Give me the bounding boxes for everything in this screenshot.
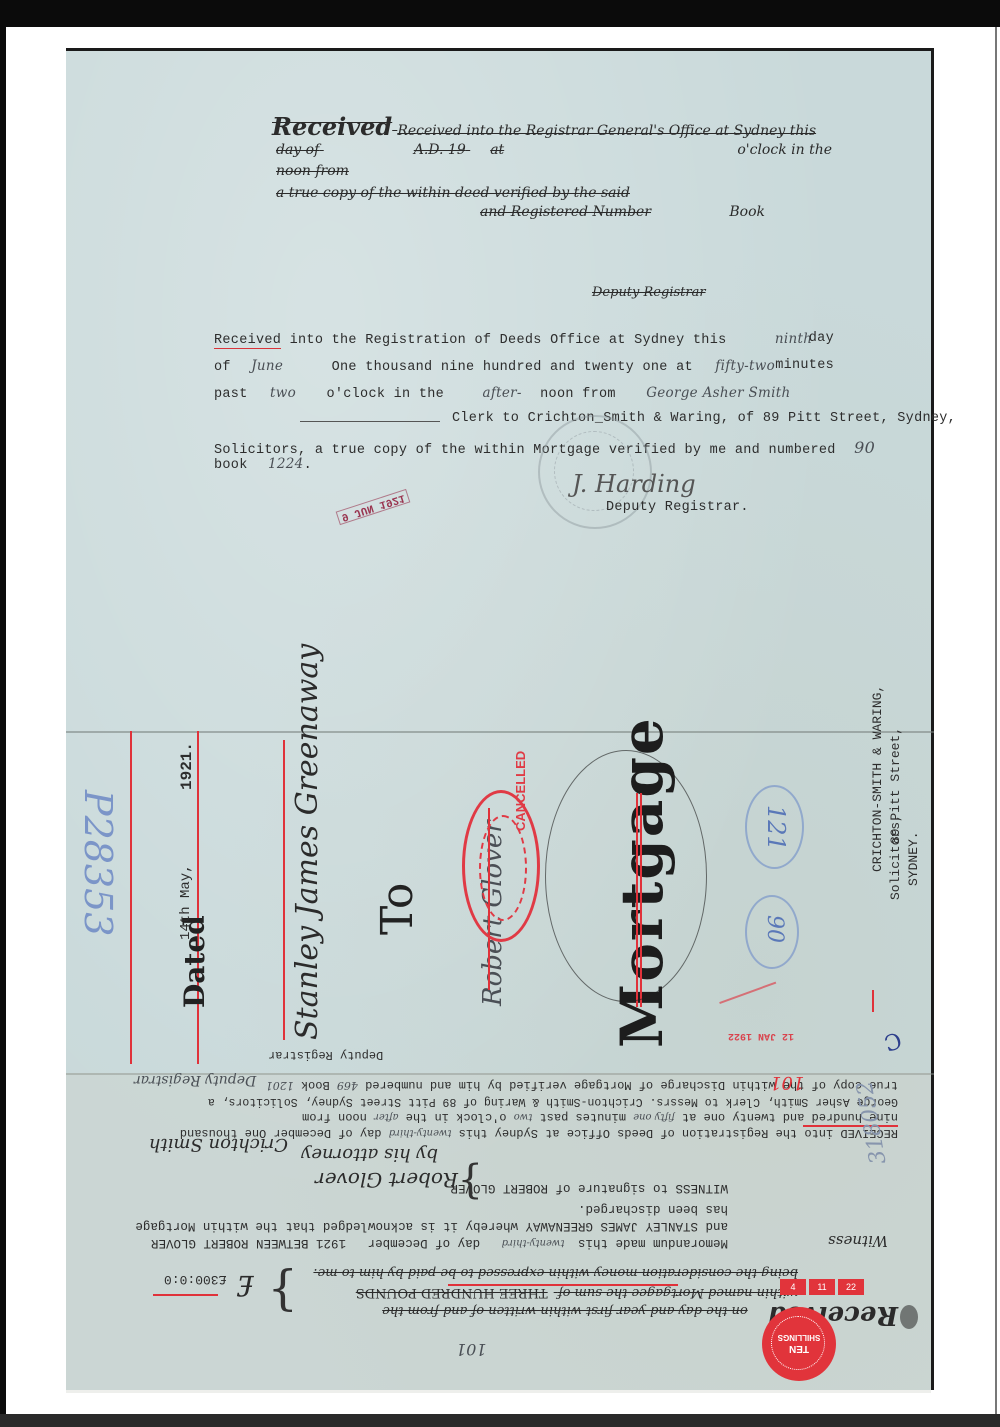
- struck-form-at: at: [490, 142, 504, 158]
- witness-label: WITNESS to signature of ROBERT GLOVER: [450, 1181, 728, 1195]
- struck-form-book: Book: [729, 204, 765, 220]
- reg-minutes: fifty-two: [715, 358, 775, 374]
- scan-border-top: [0, 0, 1000, 27]
- ink-blot: [900, 1305, 918, 1329]
- reg-month: June: [251, 358, 283, 374]
- receipt-amount-figures: £300:0:0: [164, 1272, 226, 1287]
- discharge-line4: true copy of the within Discharge of Mor…: [365, 1078, 898, 1092]
- struck-form-registered: and Registered Number: [480, 204, 651, 220]
- receipt-line3: being the consideration money within exp…: [313, 1265, 798, 1280]
- memo-year: 1921: [316, 1236, 346, 1250]
- duty-stamp-strip: 4 11 22: [780, 1279, 864, 1295]
- discharge-number: 469: [337, 1079, 358, 1092]
- stamp-value-top: TEN: [765, 1343, 833, 1354]
- reg-book-label: book: [214, 458, 248, 473]
- dated-year: 1921.: [178, 742, 196, 790]
- reg-noon: after-: [482, 385, 521, 401]
- pencil-bottom-number: 101: [456, 1340, 487, 1359]
- blue-note-90: 90: [762, 915, 787, 943]
- red-margin-rule: [130, 731, 132, 1064]
- reg-day: ninth: [775, 331, 812, 347]
- struck-form-line3: noon from: [276, 163, 349, 179]
- discharge-book: 1201: [266, 1079, 294, 1092]
- reg-book: 1224: [268, 456, 304, 472]
- cancelled-stamp: CANCELLED: [462, 790, 540, 942]
- stamp-value-bottom: SHILLINGS: [765, 1332, 833, 1343]
- reg-noon-from: noon from: [540, 387, 616, 402]
- reg-minutes-label: minutes: [775, 358, 834, 373]
- solicitors-line3: 89 Pitt Street,: [888, 727, 903, 844]
- discharge-minutes: fifty one: [633, 1111, 675, 1122]
- struck-form-ad: A.D. 19: [414, 142, 466, 158]
- discharge-hour: two: [514, 1111, 533, 1122]
- receipt-line1: on the day and year first within written…: [382, 1303, 748, 1318]
- received-date-text: 12 JAN 1922: [728, 1030, 794, 1041]
- scan-border-left: [0, 0, 6, 1427]
- solicitors-line4: SYDNEY.: [906, 831, 921, 886]
- reg-hour: two: [270, 385, 296, 401]
- solicitors-line1: CRICHTON-SMITH & WARING,: [870, 685, 885, 872]
- scan-edge-right: [995, 27, 997, 1414]
- red-underline: [283, 740, 285, 1040]
- blank-rule: [300, 421, 440, 422]
- dated-date: 14th May,: [178, 864, 194, 940]
- received-heading: Received: [272, 112, 392, 141]
- blue-note-121: 121: [762, 805, 790, 851]
- red-number: 101: [770, 1072, 804, 1093]
- discharge-day: twenty-third: [389, 1127, 452, 1138]
- struck-form-line1: Received into the Registrar General's Of…: [397, 123, 816, 139]
- memo-line2: and STANLEY JAMES GREENAWAY whereby it i…: [135, 1219, 728, 1233]
- discharge-line1: RECEIVED into the Registration of Deeds …: [459, 1126, 898, 1140]
- registrar-signature: J. Harding: [572, 470, 696, 498]
- struck-form-day-of: day of: [276, 142, 319, 158]
- scan-border-bottom: [0, 1414, 1000, 1427]
- memo-month: day of December: [368, 1236, 481, 1250]
- discharge-line3: George Asher Smith, Clerk to Messrs. Cri…: [208, 1095, 898, 1108]
- reg-of: of: [214, 360, 231, 375]
- reg-oclock: o'clock in the: [326, 387, 444, 402]
- receipt-witness: Witness: [828, 1232, 888, 1250]
- pencil-reference: P28353: [76, 790, 120, 936]
- red-underline: [153, 1295, 218, 1297]
- discharge-month: day of December One thousand: [180, 1126, 382, 1140]
- red-margin-rule: [197, 731, 199, 1064]
- witness-attorney: by his attorney: [301, 1144, 438, 1165]
- discharge-registrar-signature: Deputy Registrar: [134, 1072, 256, 1088]
- ten-shillings-duty-stamp: TEN SHILLINGS: [765, 1310, 833, 1378]
- inverted-deputy-registrar: Deputy Registrar: [268, 1048, 383, 1062]
- reg-number: 90: [854, 438, 875, 457]
- reg-line4: Clerk to Crichton_Smith & Waring, of 89 …: [452, 411, 956, 426]
- mortgagor-name: Stanley James Greenaway: [290, 644, 325, 1040]
- memo-day: twenty-third: [502, 1237, 565, 1248]
- deputy-registrar-label: Deputy Registrar.: [606, 500, 749, 515]
- cancelled-text: CANCELLED: [513, 751, 528, 831]
- calligraphic-flourish: [545, 750, 707, 1002]
- receipt-amount-words: THREE HUNDRED POUNDS: [356, 1285, 548, 1300]
- reg-line1: into the Registration of Deeds Office at…: [290, 333, 727, 348]
- discharge-noon: after: [374, 1111, 398, 1122]
- reg-from-name: George Asher Smith: [646, 385, 790, 401]
- received-word: Received: [214, 333, 281, 349]
- receipt-line2: within named Mortgagee the sum of: [558, 1285, 798, 1300]
- witness-signature: Robert Glover: [315, 1168, 458, 1192]
- struck-deputy-registrar: Deputy Registrar: [592, 285, 706, 300]
- reg-day-label: day: [809, 331, 834, 346]
- struck-form-oclock: o'clock in the: [737, 142, 832, 158]
- red-underline: [872, 990, 874, 1012]
- to-label: To: [372, 883, 423, 935]
- red-underline: [448, 1285, 678, 1287]
- memo-line1: Memorandum made this: [578, 1236, 728, 1250]
- struck-form-line4: a true copy of the within deed verified …: [276, 185, 630, 201]
- reg-past: past: [214, 387, 248, 402]
- reg-line2: One thousand nine hundred and twenty one…: [332, 360, 693, 375]
- memo-parties-1: BETWEEN ROBERT GLOVER: [151, 1236, 309, 1250]
- memo-line3: has been discharged.: [578, 1202, 728, 1216]
